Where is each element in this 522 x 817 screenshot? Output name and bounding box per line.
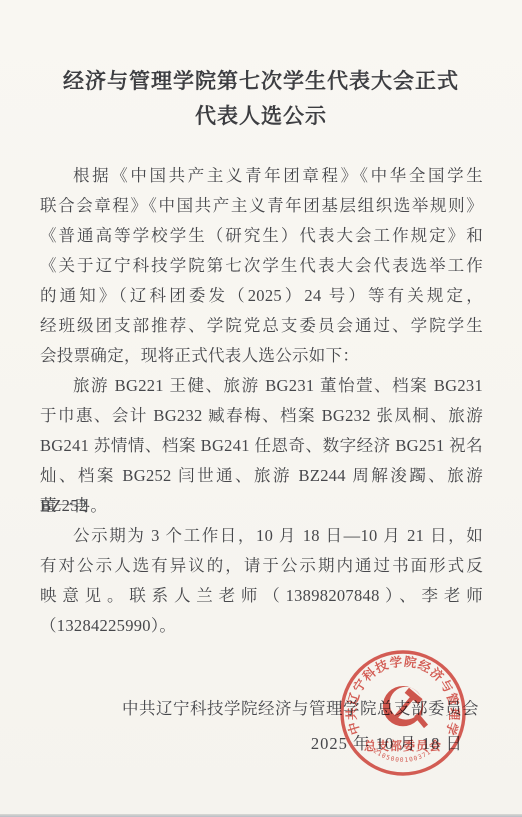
- body-line: （13284225990）。: [40, 611, 483, 641]
- document-page: 经济与管理学院第七次学生代表大会正式 代表人选公示 根据《中国共产主义青年团章程…: [0, 0, 522, 817]
- body-line: 映意见。联系人兰老师（13898207848）、李老师: [40, 581, 483, 611]
- signature-line: 中共辽宁科技学院经济与管理学院总支部委员会: [40, 693, 483, 725]
- title-line: 代表人选公示: [0, 99, 522, 134]
- body-line: 于巾惠、会计 BG232 臧春梅、档案 BG232 张凤桐、旅游: [40, 401, 483, 431]
- body-line: 有对公示人选有异议的，请于公示期内通过书面形式反: [40, 551, 483, 581]
- title-line: 经济与管理学院第七次学生代表大会正式: [0, 64, 522, 99]
- signature-block: 中共辽宁科技学院经济与管理学院总支部委员会 2025 年 10 月 18 日: [0, 693, 522, 763]
- body-line: 旅游 BG221 王健、旅游 BG231 董怡萱、档案 BG231: [40, 371, 483, 401]
- date-line: 2025 年 10 月 18 日: [40, 725, 483, 763]
- body-line: 会投票确定，现将正式代表人选公示如下：: [40, 341, 483, 371]
- body-line: 董一冉。: [40, 491, 483, 521]
- body-line: BG241 苏情情、档案 BG241 任恩奇、数字经济 BG251 祝名: [40, 431, 483, 461]
- body-line: 《关于辽宁科技学院第七次学生代表大会代表选举工作: [40, 251, 483, 281]
- body-line: 经班级团支部推荐、学院党总支委员会通过、学院学生: [40, 311, 483, 341]
- body-line: 公示期为 3 个工作日，10 月 18 日—10 月 21 日，如: [40, 521, 483, 551]
- document-body: 根据《中国共产主义青年团章程》《中华全国学生 联合会章程》《中国共产主义青年团基…: [0, 161, 522, 641]
- body-line: 灿、档案 BG252 闫世通、旅游 BZ244 周解浚躅、旅游 BZ252: [40, 461, 483, 491]
- body-line: 根据《中国共产主义青年团章程》《中华全国学生: [40, 161, 483, 191]
- document-title: 经济与管理学院第七次学生代表大会正式 代表人选公示: [0, 64, 522, 134]
- body-line: 的通知》（辽科团委发（2025）24 号）等有关规定，: [40, 281, 483, 311]
- body-line: 联合会章程》《中国共产主义青年团基层组织选举规则》: [40, 191, 483, 221]
- body-line: 《普通高等学校学生（研究生）代表大会工作规定》和: [40, 221, 483, 251]
